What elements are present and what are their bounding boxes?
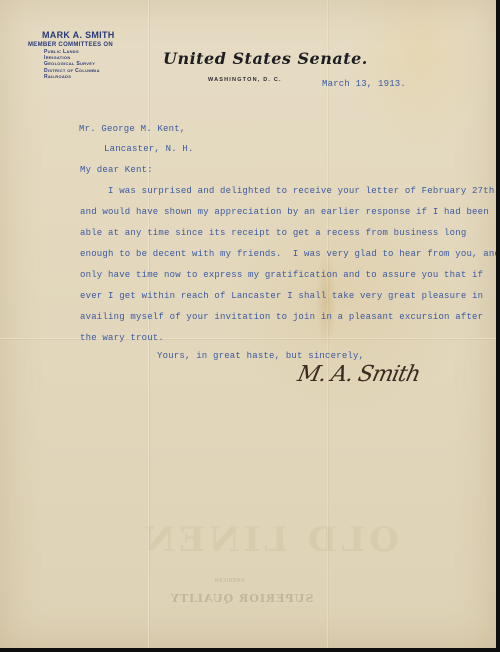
letterhead-city: WASHINGTON, D. C. [208, 77, 282, 83]
horizontal-fold-line [0, 338, 496, 340]
recipient-name: Mr. George M. Kent, [79, 124, 185, 134]
body-line: the wary trout. [80, 333, 164, 343]
scan-border-right [496, 0, 500, 652]
institution-title: United States Senate. [163, 49, 368, 68]
body-line: ever I get within reach of Lancaster I s… [80, 291, 483, 301]
watermark-small: AMERICAN [214, 578, 245, 584]
body-line: only have time now to express my gratifi… [80, 270, 483, 280]
committee-item: Railroads [44, 74, 115, 80]
letter-page: MARK A. SMITH MEMBER COMMITTEES ON Publi… [0, 0, 496, 648]
body-line: and would have shown my appreciation by … [80, 207, 489, 217]
member-name: MARK A. SMITH [42, 30, 115, 40]
letter-date: March 13, 1913. [322, 79, 406, 89]
body-line: I was surprised and delighted to receive… [80, 186, 494, 196]
watermark-main: OLD LINEN [140, 520, 399, 560]
body-line: able at any time since its receipt to ge… [80, 228, 466, 238]
salutation: My dear Kent: [80, 165, 153, 175]
recipient-location: Lancaster, N. H. [104, 144, 194, 154]
handwritten-signature: M. A. Smith [295, 362, 422, 387]
closing: Yours, in great haste, but sincerely, [157, 351, 364, 361]
watermark-sub: SUPERIOR QUALITY [170, 592, 313, 605]
scan-border-bottom [0, 648, 500, 652]
member-letterhead: MARK A. SMITH MEMBER COMMITTEES ON Publi… [28, 30, 115, 80]
committee-list: Public Lands Irrigation Geological Surve… [44, 49, 115, 80]
member-role: MEMBER COMMITTEES ON [28, 42, 115, 48]
body-line: availing myself of your invitation to jo… [80, 312, 483, 322]
body-line: enough to be decent with my friends. I w… [80, 249, 500, 259]
